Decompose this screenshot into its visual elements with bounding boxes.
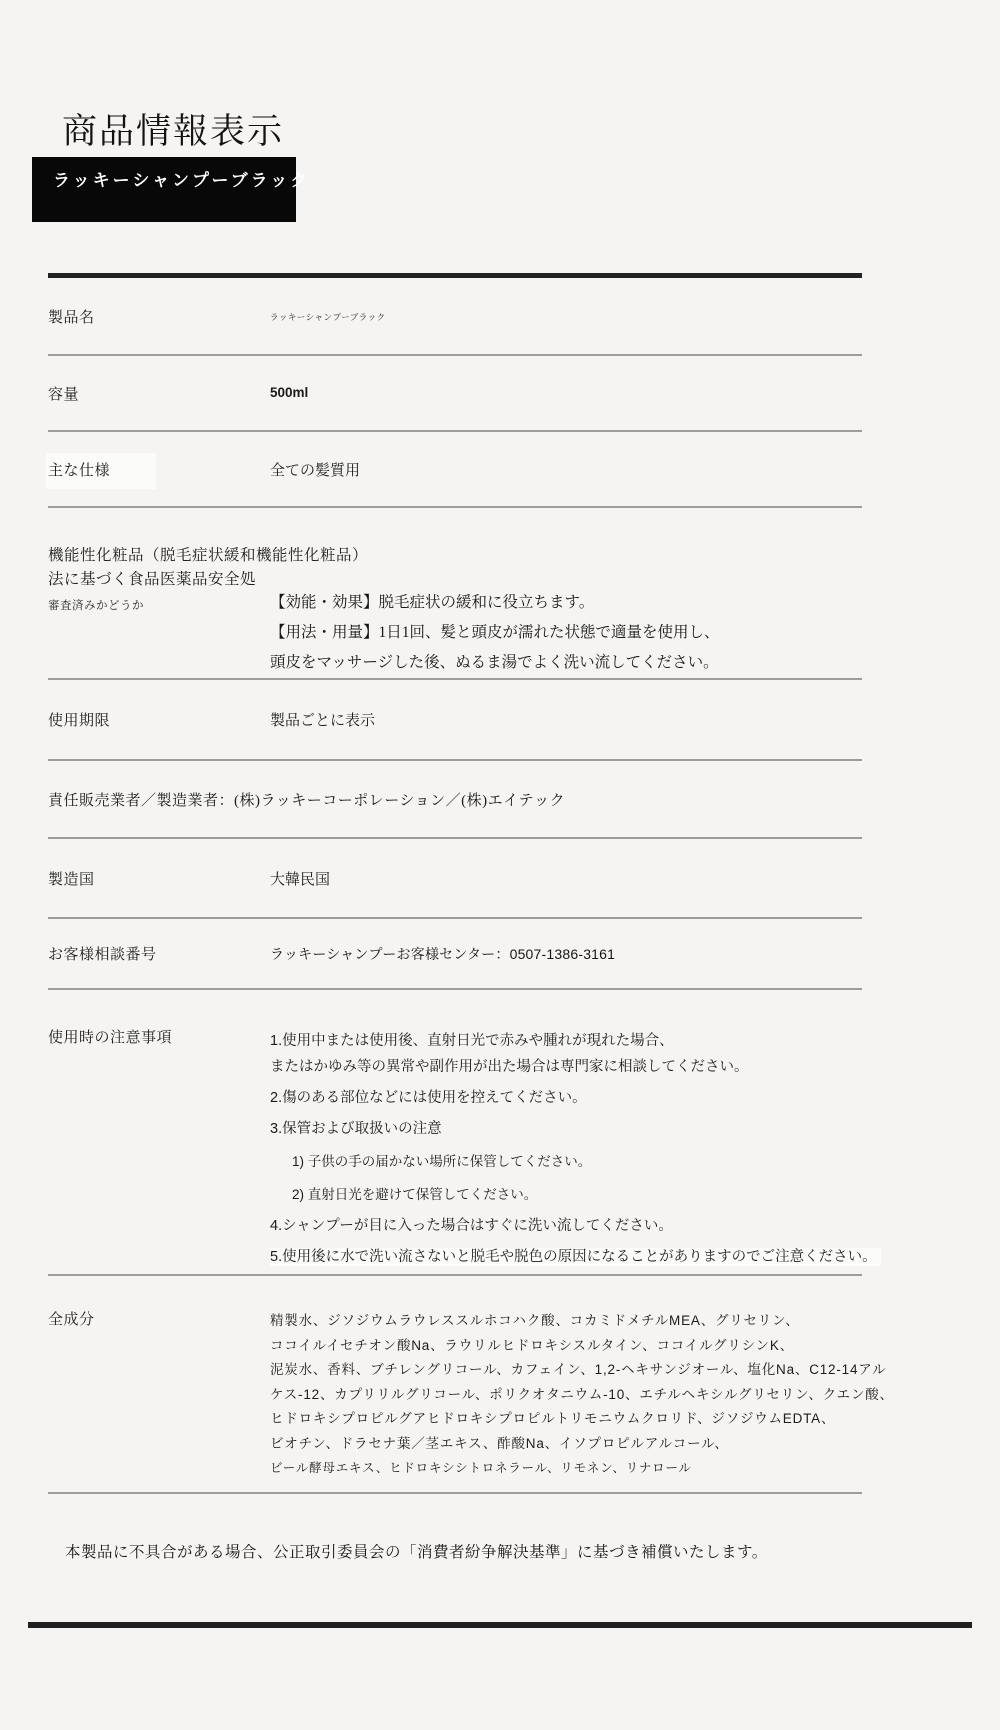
compensation-note: 本製品に不具合がある場合、公正取引委員会の「消費者紛争解決基準」に基づき補償いた…: [65, 1540, 768, 1562]
precaution-item-4: 4.シャンプーが目に入った場合はすぐに洗い流してください。: [270, 1213, 862, 1239]
table-row-seller: 責任販売業者／製造業者：(株)ラッキーコーポレーション／(株)エイテック: [48, 761, 862, 839]
product-info-table: 製品名 ラッキーシャンプーブラック 容量 500ml 主な仕様 全ての髪質用 機…: [48, 273, 862, 1494]
table-row-product-name: 製品名 ラッキーシャンプーブラック: [48, 278, 862, 356]
table-row-volume: 容量 500ml: [48, 356, 862, 432]
ingredient-line-3: 泥炭水、香料、ブチレングリコール、カフェイン、1,2-ヘキサンジオール、塩化Na…: [270, 1358, 862, 1383]
precaution-item-3: 3.保管および取扱いの注意: [270, 1116, 862, 1142]
ingredient-line-4: ケス-12、カプリリルグリコール、ポリクオタニウム-10、エチルヘキシルグリセリ…: [270, 1383, 862, 1408]
precaution-item-2: 2.傷のある部位などには使用を控えてください。: [270, 1085, 862, 1111]
table-row-main-spec: 主な仕様 全ての髪質用: [48, 432, 862, 508]
table-row-country: 製造国 大韓民国: [48, 839, 862, 919]
volume-value: 500ml: [270, 385, 308, 400]
row-label: 使用期限: [48, 709, 270, 730]
row-label: 使用時の注意事項: [48, 1026, 270, 1047]
page-title: 商品情報表示: [62, 104, 284, 154]
table-row-precautions: 使用時の注意事項 1.使用中または使用後、直射日光で赤みや腫れが現れた場合、 ま…: [48, 990, 862, 1276]
efficacy-line: 【効能・効果】脱毛症状の緩和に役立ちます。: [270, 588, 862, 618]
precaution-item-1-line2: またはかゆみ等の異常や副作用が出た場合は専門家に相談してください。: [270, 1054, 862, 1080]
precaution-item-3-sub2: 2) 直射日光を避けて保管してください。: [292, 1182, 862, 1208]
table-row-functional: 機能性化粧品（脱毛症状緩和機能性化粧品） 法に基づく食品医薬品安全処 審査済みか…: [48, 508, 862, 680]
functional-label-line2: 法に基づく食品医薬品安全処: [48, 568, 270, 592]
usage-line1: 【用法・用量】1日1回、髪と頭皮が濡れた状態で適量を使用し、: [270, 618, 862, 648]
table-row-expiry: 使用期限 製品ごとに表示: [48, 680, 862, 761]
row-label: お客様相談番号: [48, 943, 270, 964]
main-spec-value: 全ての髪質用: [270, 463, 360, 479]
product-name-value: ラッキーシャンプーブラック: [270, 312, 386, 322]
ingredient-line-2: ココイルイセチオン酸Na、ラウリルヒドロキシスルタイン、ココイルグリシンK、: [270, 1334, 862, 1359]
ingredient-line-6: ビオチン、ドラセナ葉／茎エキス、酢酸Na、イソプロピルアルコール、: [270, 1432, 862, 1457]
precaution-item-1-line1: 1.使用中または使用後、直射日光で赤みや腫れが現れた場合、: [270, 1028, 862, 1054]
ingredient-line-1: 精製水、ジソジウムラウレススルホコハク酸、コカミドメチルMEA、グリセリン、: [270, 1309, 862, 1334]
product-name-badge: ラッキーシャンプーブラック: [32, 157, 296, 222]
table-row-ingredients: 全成分 精製水、ジソジウムラウレススルホコハク酸、コカミドメチルMEA、グリセリ…: [48, 1276, 862, 1494]
functional-label-note: 審査済みかどうか: [48, 597, 270, 613]
row-label: 製造国: [48, 868, 270, 889]
ingredient-line-7: ビール酵母エキス、ヒドロキシシトロネラール、リモネン、リナロール: [270, 1456, 862, 1481]
usage-line2: 頭皮をマッサージした後、ぬるま湯でよく洗い流してください。: [270, 648, 862, 678]
precaution-item-3-sub1: 1) 子供の手の届かない場所に保管してください。: [292, 1149, 862, 1175]
contact-center-value: ラッキーシャンプーお客様センター：0507-1386-3161: [270, 946, 615, 962]
row-label: 製品名: [48, 306, 270, 327]
table-row-contact: お客様相談番号 ラッキーシャンプーお客様センター：0507-1386-3161: [48, 919, 862, 990]
country-value: 大韓民国: [270, 872, 330, 888]
functional-label-line1: 機能性化粧品（脱毛症状緩和機能性化粧品）: [48, 544, 270, 568]
ingredient-line-5: ヒドロキシプロピルグアヒドロキシプロピルトリモニウムクロリド、ジソジウムEDTA…: [270, 1407, 862, 1432]
page-bottom-rule: [28, 1622, 972, 1628]
expiry-value: 製品ごとに表示: [270, 713, 375, 729]
row-label: 全成分: [48, 1308, 270, 1329]
row-label: 主な仕様: [46, 453, 156, 489]
seller-manufacturer-text: 責任販売業者／製造業者：(株)ラッキーコーポレーション／(株)エイテック: [48, 789, 565, 810]
precaution-item-5: 5.使用後に水で洗い流さないと脱毛や脱色の原因になることがありますのでご注意くだ…: [270, 1248, 881, 1266]
row-label: 容量: [48, 383, 270, 404]
